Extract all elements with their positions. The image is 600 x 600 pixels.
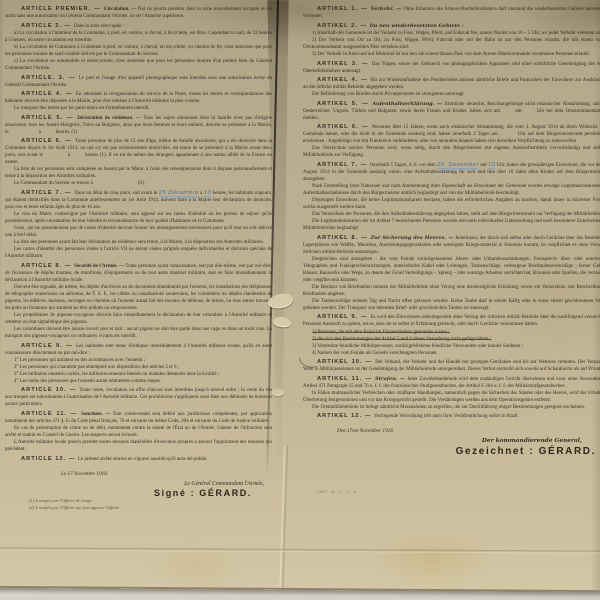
article-number: ARTIKEL 3. — [317,61,372,67]
article-paragraph: c) La circulation en automobile et motoc… [5,58,272,72]
footnote: (2) A remplir par l'Officier qui fera ap… [29,505,272,511]
article-paragraph: ARTIKEL 5. — Aufenthaltserklärung. — Säm… [303,101,600,122]
article-paragraph: 2) die sich den Bestimmungen der Artikel… [303,336,600,343]
article-paragraph: ARTICLE. 3. — Le port et l'usage d'un ap… [5,75,272,89]
article-number: ARTICLE 8. — [21,263,74,269]
article-paragraph: 4° Les noms des personnes que l'ennemi a… [5,378,272,385]
article-paragraph: 1) Personen, die mit dem Feind im Einver… [303,329,600,336]
article-paragraph: ARTICLE 9. — Les habitants sont tenus d'… [5,343,272,357]
article-paragraph: Les cartes d'identité des personnes visé… [5,246,272,260]
article-paragraph: ARTIKEL 8. — Zur Sicherung des Heeres. —… [303,235,600,256]
article-number: ARTICLE 12. — [21,456,78,462]
article-paragraph: Desgleichen sind anzugeben : die vom Fei… [303,256,600,284]
article-paragraph: ARTIKEL 2. — Im neu wiederbesetzten Gebi… [303,23,600,30]
article-paragraph: 4) Namen der vom Feinde als Geiseln vers… [303,350,600,357]
article-paragraph: ARTICLE 8. — Sécurité de l'Armée. — Tout… [5,263,272,284]
article-paragraph: ARTIKEL 9. — Es wird den Einwohnern anhe… [303,314,600,328]
article-paragraph: 1) Innerhalb der Gemeinde ist der Verkeh… [303,30,600,37]
article-paragraph: ARTIKEL 4. — Bis zur Wiederaufnahme des … [303,77,600,91]
handwritten-annotation: 25 Décembre [159,190,199,197]
article-paragraph: Le Commandant du Secteur se trouve à (2)… [5,180,272,187]
french-column: ARTICLE PREMIER. — Circulation. — Nul ne… [5,4,272,512]
article-paragraph: In Fällen mutmasslicher Verbrechen oder … [303,390,600,404]
article-number: ARTIKEL 2. — [317,23,370,29]
article-paragraph: ARTICLE PREMIER. — Circulation. — Nul ne… [5,6,272,20]
article-paragraph: ARTIKEL 10. — Der Verkauf, der Verkehr u… [303,359,600,373]
article-title: Circulation. — [104,7,138,12]
printer-imprint: IMP. N. L. T. A. [318,490,359,494]
article-paragraph: ARTICLE 12. — Le présent arrêté entrera … [5,456,272,463]
article-paragraph: b) La circulation de Commune à Commune à… [5,44,272,58]
article-paragraph: Ceux, qui ne posséderaient pas de cartes… [5,225,272,239]
article-number: ARTIKEL 4. — [317,77,371,83]
article-number: ARTIKEL 9. — [317,314,370,320]
article-paragraph: En cas de présomption de crime ou de dél… [5,425,272,439]
article-paragraph: Die Beförderung von Briefen durch Privat… [303,91,600,98]
article-paragraph: ARTICLE 2. — Dans la zone réoccupée : [5,23,272,30]
article-paragraph: Die Ortsmilitärbehörde ist befugt sämtli… [303,404,600,411]
article-paragraph: ARTIKEL 6. — Personen über 15 Jahren, we… [303,124,600,145]
article-title: Verkehr. — [371,6,404,12]
article-paragraph: ARTIKEL 7. — Innerhalb 5 Tagen, d. h. vo… [303,162,600,183]
article-paragraph: Das Verzeichnis der Personen, die ihre A… [303,211,600,218]
article-paragraph: Das Verzeichnis solcher Personen wird, w… [303,145,600,159]
article-paragraph: ARTIKEL 1. — Verkehr. — Ohne Erlaubnis d… [303,6,600,20]
article-number: ARTIKEL 7. — [317,162,370,168]
article-number: ARTICLE PREMIER. — [21,6,104,12]
article-number: ARTICLE 7. — [21,190,74,196]
article-paragraph: Le transport des lettres par les particu… [5,105,272,112]
article-paragraph: La liste de ces personnes sera complétée… [5,166,272,180]
article-number: ARTIKEL 11. — [317,376,375,382]
article-paragraph: Les colombiers doivent être laissés ouve… [5,326,272,340]
article-paragraph: Nach Feststellung ihrer Nationale und na… [303,183,600,197]
article-paragraph: Diejenigen Einwohner, die keine Legitima… [303,197,600,211]
article-paragraph: Die Taubenschläge müssen Tag und Nacht o… [303,298,600,312]
date-line: Den 17ten November 1918. [337,428,600,435]
article-paragraph: 3° Les militaires ennemis cachés, les mi… [5,371,272,378]
article-paragraph: La liste des personnes ayant fait leur d… [5,239,272,246]
article-title: Aufenthaltserklärung. — [372,101,444,107]
article-paragraph: Doivent être signalés, de même, les dépô… [5,284,272,312]
article-paragraph: 3) Der Verkehr in Auto und auf Motorrad … [303,51,600,58]
article-number: ARTIKEL 5. — [317,101,372,107]
article-number: ARTICLE 10. — [21,387,79,393]
article-number: ARTICLE. 3. — [21,75,79,81]
article-title: Im neu wiederbesetzten Gebiete : [370,23,464,29]
photo-scene: ARTICLE PREMIER. — Circulation. — Nul ne… [0,0,600,600]
article-number: ARTICLE 2. — [21,23,74,29]
article-number: ARTICLE 11. — [21,411,81,417]
article-paragraph: 3) Versteckte feindliche Militärpersonen… [303,343,600,350]
signatory-role: Le Général Commandant l'Armée, [5,481,272,488]
signature: Gezeichnet : GÉRARD. [303,448,600,455]
article-number: ARTIKEL 1. — [317,6,371,12]
article-paragraph: ARTIKEL 3. — Das Tragen, sowie der Gebra… [303,61,600,75]
article-paragraph: 2° Les personnes qui n'auraient pas obte… [5,364,272,371]
fold-tear [272,389,284,396]
article-paragraph: Le visa du Maire, contresigné par l'Auto… [5,211,272,225]
article-paragraph: ARTICLE 6. — Toute personne de plus de 1… [5,138,272,166]
article-title: Sanctions. — [81,412,113,417]
article-title: Strafen. — [375,376,407,382]
article-number: ARTIKEL 8. — [317,235,371,241]
signature: Signé : GÉRARD. [5,490,272,497]
article-title: Zur Sicherung des Heeres. — [371,235,456,241]
article-paragraph: 1° Les personnes qui auraient eu des acc… [5,357,272,364]
article-paragraph: ARTICLE 11. — Sanctions. — Tout contreve… [5,411,272,425]
article-paragraph: ARTICLE 10. — Toute vente, circulation o… [5,387,272,408]
article-title: Déclaration de résidence. — [77,116,143,121]
article-number: ARTICLE 6. — [21,138,75,144]
article-number: ARTICLE 4. — [21,91,76,97]
article-paragraph: ARTIKEL 11. — Strafen. — Jeder Zuwiderha… [303,376,600,390]
footnote: (1) A remplir par l'Officier de triage. [29,498,272,504]
article-paragraph: ARTICLE 7. — Dans un délai de cinq jours… [5,190,272,211]
article-paragraph: Les propriétaires de pigeons-voyageurs d… [5,312,272,326]
article-paragraph: ARTIKEL 12. — Vorliegende Verordnung tri… [303,413,600,420]
article-number: ARTIKEL 12. — [317,413,374,419]
article-paragraph: Die Besitzer von Brieftauben müssen der … [303,284,600,298]
handwritten-annotation: 10 [204,190,211,197]
article-paragraph: 2) Der Verkehr von Ort zu Ort, zu Fuss, … [303,37,600,51]
date-line: Le 17 Novembre 1918. [61,471,272,478]
article-paragraph: L'Autorité militaire locale pourra prend… [5,439,272,453]
article-number: ARTICLE 5. — [21,115,77,121]
handwritten-annotation: 25. Dezember [437,162,479,169]
article-number: ARTICLE 9. — [21,343,76,349]
article-number: ARTIKEL 10. — [317,359,375,365]
article-paragraph: ARTICLE 4. — En attendant la réorganisat… [5,91,272,105]
handwritten-annotation: 10 [488,162,495,169]
german-column: ARTIKEL 1. — Verkehr. — Ohne Erlaubnis d… [303,4,600,455]
article-title: Sécurité de l'Armée. — [74,264,125,269]
article-number: ARTIKEL 6. — [317,124,372,130]
article-paragraph: ARTICLE 5. — Déclaration de résidence. —… [5,115,272,136]
article-paragraph: Die Legitimationskarten der im Artikel 7… [303,218,600,232]
signatory-role: Der kommandierende General, [303,438,600,445]
article-paragraph: a) La circulation à l'intérieur de la Co… [5,30,272,44]
